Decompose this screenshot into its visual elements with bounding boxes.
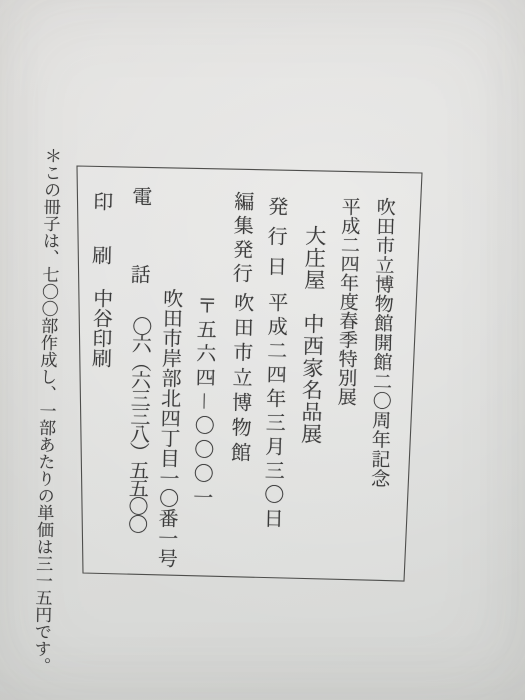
phone-value: 〇六（六三三八）五五〇〇 [125,316,150,532]
postal-code: 〒五六四－〇〇〇一 [190,295,215,511]
printer-label: 印刷 [89,191,111,299]
publisher-label: 編集発行 [230,191,252,287]
exhibition-title: 大庄屋 中西家名品展 [299,225,325,445]
issue-date-label: 発行日 [264,196,286,286]
book-colophon-page: 吹田市立博物館開館二〇周年記念 平成二四年度春季特別展 大庄屋 中西家名品展 発… [0,0,525,700]
exhibition-season-line: 平成二四年度春季特別展 [336,197,359,406]
issue-date-value: 平成二四年三月三〇日 [261,292,286,532]
publisher-value: 吹田市立博物館 [228,292,252,467]
printer-value: 中谷印刷 [89,288,111,368]
colophon-border-box [0,0,525,700]
